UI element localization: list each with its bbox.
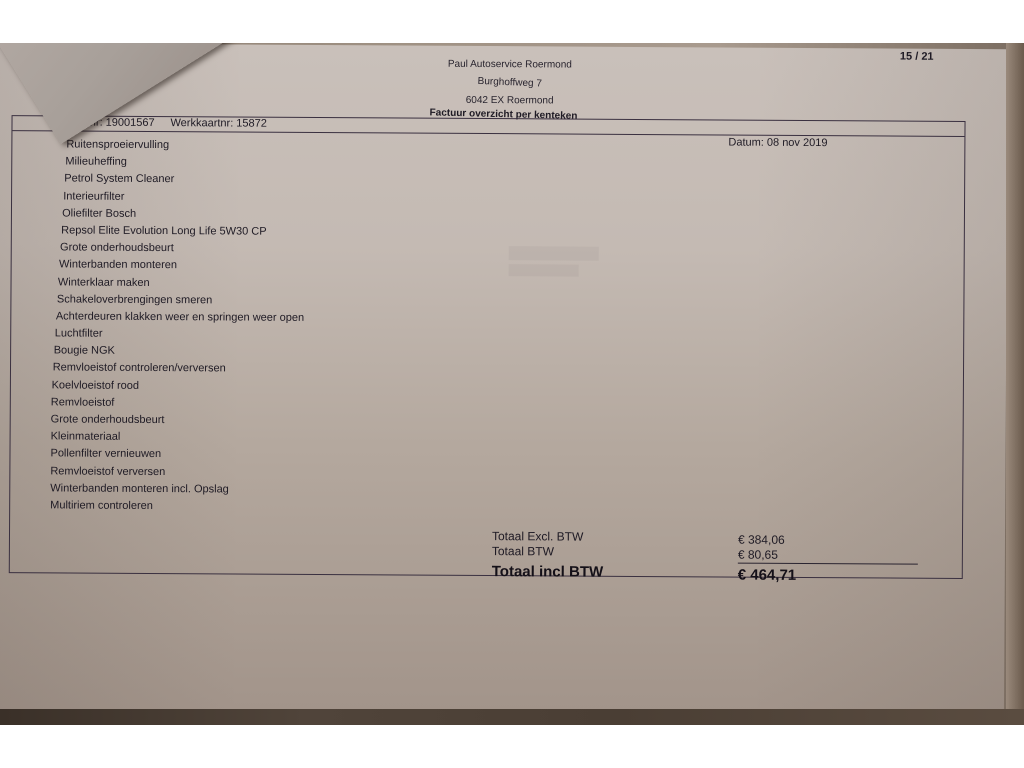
line-items-list: RuitensproeiervullingMilieuheffingPetrol… bbox=[50, 136, 305, 516]
line-item: Ruitensproeiervulling bbox=[52, 136, 305, 155]
invoice-header-row: Factuurnr: 19001567 Werkkaartnr: 15872 bbox=[12, 116, 964, 137]
company-address: Paul Autoservice Roermond Burghoffweg 7 … bbox=[430, 56, 590, 111]
total-btw-label: Totaal BTW bbox=[492, 544, 554, 558]
line-item: Bougie NGK bbox=[51, 343, 304, 362]
desk-edge-bottom bbox=[0, 709, 1024, 725]
line-item: Milieuheffing bbox=[52, 154, 305, 173]
line-item: Remvloeistof verversen bbox=[50, 463, 303, 482]
line-item: Remvloeistof bbox=[51, 394, 304, 413]
line-item: Repsol Elite Evolution Long Life 5W30 CP bbox=[52, 222, 305, 241]
line-item: Remvloeistof controleren/verversen bbox=[51, 360, 304, 379]
line-item: Grote onderhoudsbeurt bbox=[51, 411, 304, 430]
invoice-sheet: Paul Autoservice Roermond Burghoffweg 7 … bbox=[0, 43, 1008, 717]
invoice-date: Datum: 08 nov 2019 bbox=[728, 137, 827, 150]
total-btw-row: Totaal BTW € 80,65 bbox=[492, 544, 932, 562]
line-item: Achterdeuren klakken weer en springen we… bbox=[51, 308, 304, 327]
total-incl-label: Totaal incl BTW bbox=[492, 563, 603, 581]
page-indicator: 15 / 21 bbox=[900, 51, 934, 63]
total-incl-value: € 464,71 bbox=[738, 567, 796, 584]
photo-background: Paul Autoservice Roermond Burghoffweg 7 … bbox=[0, 43, 1024, 725]
total-excl-label: Totaal Excl. BTW bbox=[492, 529, 583, 544]
line-item: Winterbanden monteren incl. Opslag bbox=[50, 480, 303, 499]
line-item: Oliefilter Bosch bbox=[52, 205, 305, 224]
line-item: Luchtfilter bbox=[51, 325, 304, 344]
line-item: Koelvloeistof rood bbox=[51, 377, 304, 396]
totals-block: Totaal Excl. BTW € 384,06 Totaal BTW € 8… bbox=[492, 529, 932, 588]
invoice-frame: Factuurnr: 19001567 Werkkaartnr: 15872 D… bbox=[9, 115, 966, 579]
desk-edge-right bbox=[1006, 43, 1024, 725]
line-item: Petrol System Cleaner bbox=[52, 171, 305, 190]
line-item: Multiriem controleren bbox=[50, 497, 303, 516]
line-item: Kleinmateriaal bbox=[51, 429, 304, 448]
line-item: Winterklaar maken bbox=[51, 274, 304, 293]
line-item: Interieurfilter bbox=[52, 188, 305, 207]
line-item: Winterbanden monteren bbox=[52, 257, 305, 276]
line-item: Pollenfilter vernieuwen bbox=[50, 446, 303, 465]
line-item: Schakeloverbrengingen smeren bbox=[51, 291, 304, 310]
total-btw-value: € 80,65 bbox=[738, 548, 778, 562]
workcard-number: Werkkaartnr: 15872 bbox=[170, 117, 266, 130]
line-item: Grote onderhoudsbeurt bbox=[52, 240, 305, 259]
total-incl-row: Totaal incl BTW € 464,71 bbox=[492, 563, 932, 588]
